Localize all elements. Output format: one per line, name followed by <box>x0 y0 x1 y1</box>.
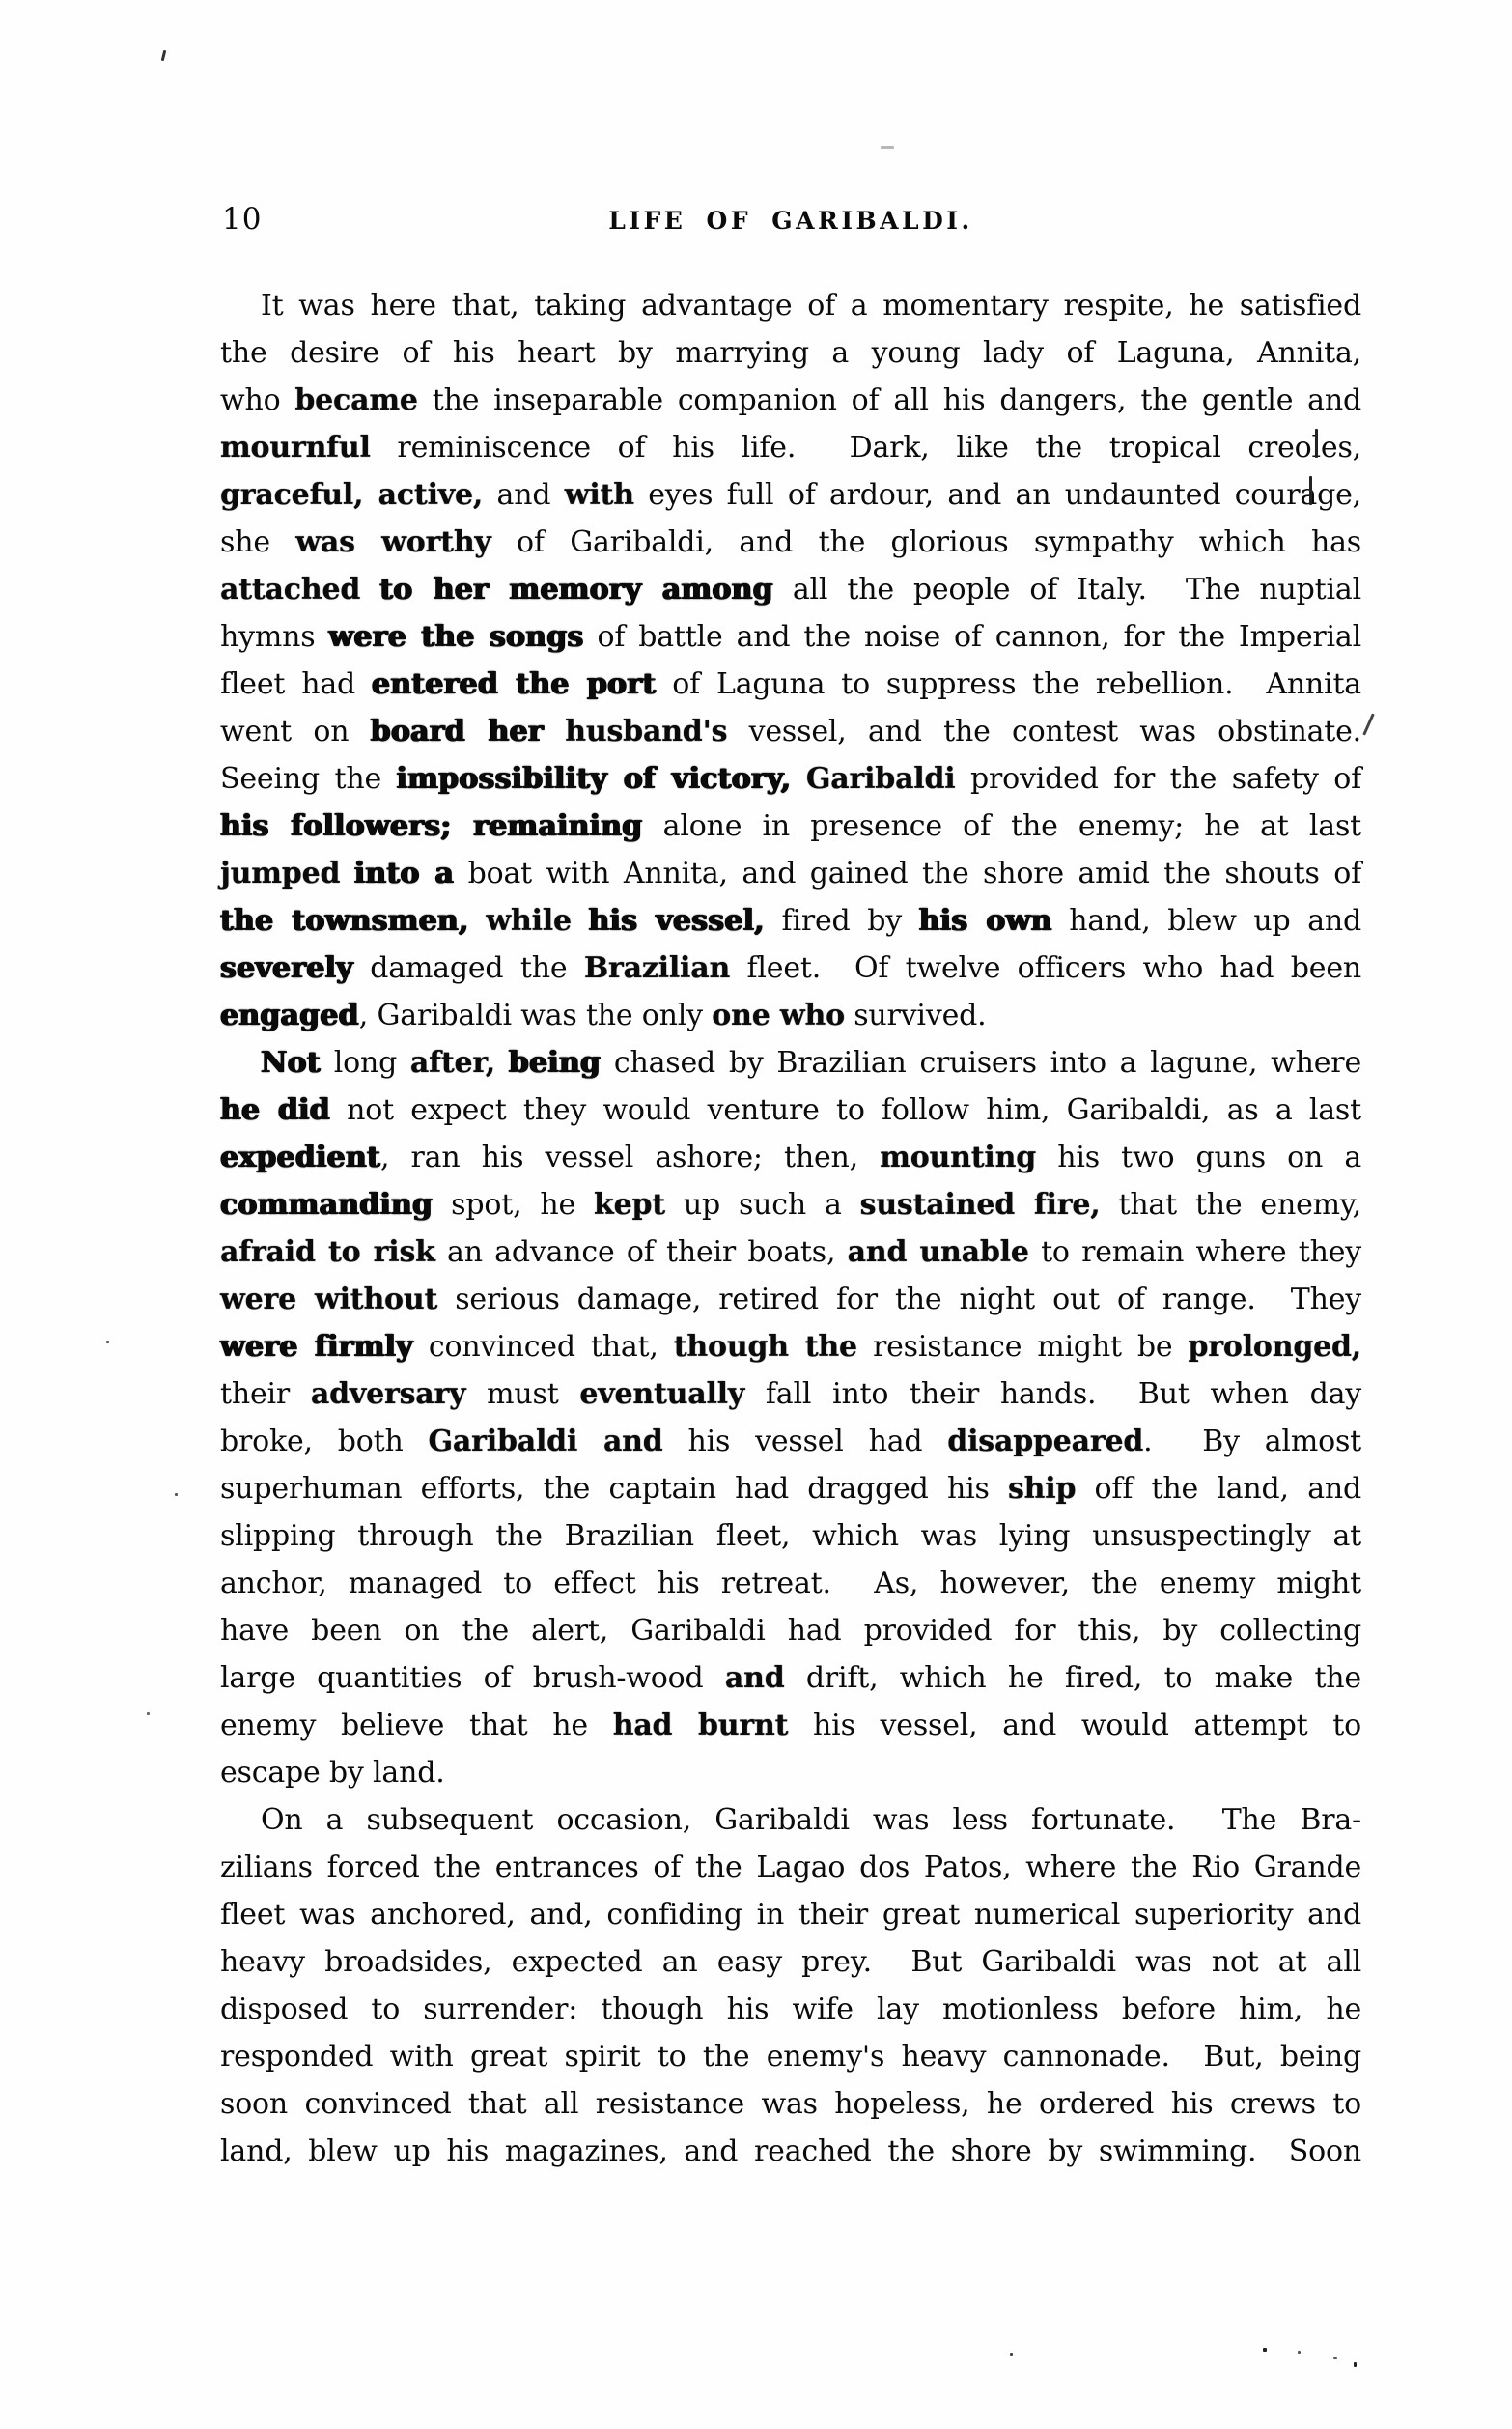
scan-speck <box>881 146 894 149</box>
text-line: mournful reminiscence of his life. Dark,… <box>220 424 1361 471</box>
smudged-word: the townsmen, <box>220 904 469 938</box>
smudged-word: and <box>725 1661 785 1695</box>
text-line: disposed to surrender: though his wife l… <box>220 1986 1361 2033</box>
smudged-word: board her <box>371 715 544 748</box>
text-line: Seeing the impossibility of victory, Gar… <box>220 755 1361 803</box>
smudged-word: though the <box>674 1330 857 1364</box>
text-line: responded with great spirit to the enemy… <box>220 2033 1361 2080</box>
smudged-word: disappeared <box>947 1425 1143 1458</box>
smudged-word: were without <box>220 1283 437 1316</box>
text-line: attached to her memory among all the peo… <box>220 566 1361 613</box>
smudged-word: Not <box>261 1046 321 1080</box>
text-line: afraid to risk an advance of their boats… <box>220 1229 1361 1276</box>
smudged-word: his own <box>919 904 1052 938</box>
text-line: graceful, active, and with eyes full of … <box>220 471 1361 519</box>
text-line: large quantities of brush-wood and drift… <box>220 1654 1361 1702</box>
scan-speck <box>161 50 167 61</box>
smudged-word: husband's <box>565 715 727 748</box>
smudged-word: attached <box>220 573 360 607</box>
text-line: his followers; remaining alone in presen… <box>220 803 1361 850</box>
text-line: jumped into a boat with Annita, and gain… <box>220 850 1361 897</box>
smudged-word: one who <box>712 999 845 1032</box>
text-line: zilians forced the entrances of the Laga… <box>220 1844 1361 1891</box>
smudged-word: with <box>565 478 634 512</box>
smudged-word: severely <box>220 951 353 985</box>
text-line: she was worthy of Garibaldi, and the glo… <box>220 519 1361 566</box>
scan-speck <box>1298 2351 1301 2354</box>
scan-speck <box>106 1341 109 1343</box>
scan-speck <box>1263 2348 1267 2352</box>
running-title: LIFE OF GARIBALDI. <box>220 207 1361 236</box>
smudged-word: had burnt <box>613 1709 789 1742</box>
smudged-word: after, <box>410 1046 495 1080</box>
smudged-word: mournful <box>220 431 371 465</box>
text-line: he did not expect they would venture to … <box>220 1087 1361 1134</box>
text-line: escape by land. <box>220 1749 1361 1796</box>
scan-speck <box>1354 2362 1357 2367</box>
text-line: anchor, managed to effect his retreat. A… <box>220 1560 1361 1607</box>
smudged-word: his followers; remaining <box>220 809 642 843</box>
text-line: fleet had entered the port of Laguna to … <box>220 661 1361 708</box>
smudged-word: being <box>509 1046 601 1080</box>
text-line: went on board her husband's vessel, and … <box>220 708 1361 755</box>
scanned-page: 10 LIFE OF GARIBALDI. It was here that, … <box>0 0 1512 2429</box>
smudged-word: entered the port <box>372 667 656 701</box>
text-line: slipping through the Brazilian fleet, wh… <box>220 1512 1361 1560</box>
text-line: commanding spot, he kept up such a susta… <box>220 1181 1361 1229</box>
text-line: fleet was anchored, and, confiding in th… <box>220 1891 1361 1938</box>
text-line: heavy broadsides, expected an easy prey.… <box>220 1938 1361 1986</box>
scan-speck <box>1315 429 1318 458</box>
smudged-word: afraid to risk <box>220 1235 435 1269</box>
smudged-word: adversary <box>311 1377 466 1411</box>
text-line: their adversary must eventually fall int… <box>220 1370 1361 1418</box>
smudged-word: graceful, active, <box>220 478 483 512</box>
smudged-word: to her memory among <box>379 573 773 607</box>
text-line: hymns were the songs of battle and the n… <box>220 613 1361 661</box>
text-line: superhuman efforts, the captain had drag… <box>220 1465 1361 1512</box>
smudged-word: eventually <box>579 1377 744 1411</box>
text-line: On a subsequent occasion, Garibaldi was … <box>220 1796 1361 1844</box>
smudged-word: sustained fire, <box>860 1188 1101 1222</box>
text-line: the townsmen, while his vessel, fired by… <box>220 897 1361 945</box>
text-line: broke, both Garibaldi and his vessel had… <box>220 1418 1361 1465</box>
smudged-word: mounting <box>880 1141 1036 1174</box>
text-line: have been on the alert, Garibaldi had pr… <box>220 1607 1361 1654</box>
smudged-word: impossibility of victory, <box>397 762 792 796</box>
smudged-word: Garibaldi and <box>429 1425 663 1458</box>
smudged-word: he did <box>220 1093 330 1127</box>
smudged-word: engaged <box>220 999 359 1032</box>
scan-speck <box>1333 2357 1337 2359</box>
text-line: expedient, ran his vessel ashore; then, … <box>220 1134 1361 1181</box>
text-block: It was here that, taking advantage of a … <box>220 282 1361 2175</box>
scan-speck <box>1010 2353 1013 2356</box>
text-line: the desire of his heart by marrying a yo… <box>220 329 1361 377</box>
smudged-word: while <box>486 904 572 938</box>
smudged-word: Garibaldi <box>806 762 956 796</box>
text-line: enemy believe that he had burnt his vess… <box>220 1702 1361 1749</box>
smudged-word: prolonged, <box>1189 1330 1362 1364</box>
text-line: land, blew up his magazines, and reached… <box>220 2128 1361 2175</box>
text-line: were firmly convinced that, though the r… <box>220 1323 1361 1370</box>
text-line: It was here that, taking advantage of a … <box>220 282 1361 329</box>
text-line: severely damaged the Brazilian fleet. Of… <box>220 945 1361 992</box>
smudged-word: into a <box>354 857 454 890</box>
smudged-word: were the songs <box>328 620 583 654</box>
text-line: soon convinced that all resistance was h… <box>220 2080 1361 2128</box>
smudged-word: kept <box>594 1188 665 1222</box>
text-line: who became the inseparable companion of … <box>220 377 1361 424</box>
smudged-word: Brazilian <box>584 951 730 985</box>
scan-speck <box>175 1493 178 1496</box>
smudged-word: expedient <box>220 1141 380 1174</box>
scan-speck <box>147 1712 150 1715</box>
scan-speck <box>1362 713 1375 735</box>
text-line: Not long after, being chased by Brazilia… <box>220 1039 1361 1087</box>
smudged-word: commanding <box>220 1188 433 1222</box>
text-line: were without serious damage, retired for… <box>220 1276 1361 1323</box>
smudged-word: were firmly <box>220 1330 413 1364</box>
smudged-word: and unable <box>848 1235 1029 1269</box>
smudged-word: his vessel, <box>589 904 765 938</box>
text-line: engaged, Garibaldi was the only one who … <box>220 992 1361 1039</box>
smudged-word: ship <box>1008 1472 1076 1506</box>
smudged-word: became <box>294 383 417 417</box>
smudged-word: jumped <box>220 857 340 890</box>
scan-speck <box>1309 476 1312 505</box>
smudged-word: was worthy <box>295 525 490 559</box>
